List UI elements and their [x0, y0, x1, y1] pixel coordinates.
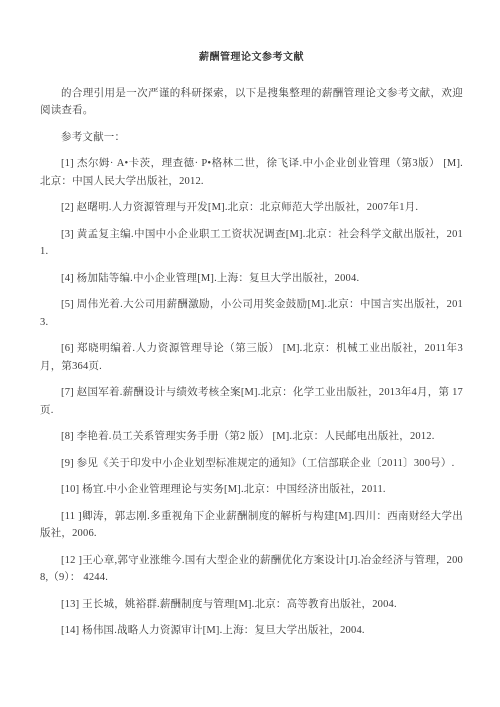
document-page: 薪酬管理论文参考文献 的合理引用是一次严谨的科研探索，以下是搜集整理的薪酬管理论…: [0, 0, 500, 707]
reference-item: [5] 周伟光着.大公司用薪酬激励，小公司用奖金鼓励[M].北京：中国言实出版社…: [40, 296, 463, 331]
reference-item: [9] 参见《关于印发中小企业划型标准规定的通知》（工信部联企业〔2011〕30…: [40, 455, 463, 473]
intro-paragraph: 的合理引用是一次严谨的科研探索，以下是搜集整理的薪酬管理论文参考文献，欢迎阅读查…: [40, 85, 463, 120]
reference-item: [14] 杨伟国.战略人力资源审计[M].上海：复旦大学出版社，2004.: [40, 622, 463, 640]
reference-item: [7] 赵国军着.薪酬设计与绩效考核全案[M].北京：化学工业出版社，2013年…: [40, 384, 463, 419]
reference-item: [13] 王长城，姚裕群.薪酬制度与管理[M].北京：高等教育出版社，2004.: [40, 596, 463, 614]
reference-item: [3] 黄孟复主编.中国中小企业职工工资状况调查[M].北京：社会科学文献出版社…: [40, 226, 463, 261]
reference-item: [6] 郑晓明编着.人力资源管理导论（第三版） [M].北京：机械工业出版社，2…: [40, 340, 463, 375]
reference-item: [11 ]卿涛，郭志刚.多重视角下企业薪酬制度的解析与构建[M].四川：西南财经…: [40, 508, 463, 543]
reference-item: [12 ]王心章,郭守业涨维今.国有大型企业的薪酬优化方案设计[J].冶金经济与…: [40, 552, 463, 587]
reference-list: [1] 杰尔姆· A•卡茨，理查德· P•格林二世，徐飞译.中小企业创业管理（第…: [40, 155, 463, 640]
reference-item: [10] 杨宜.中小企业管理理论与实务[M].北京：中国经济出版社，2011.: [40, 481, 463, 499]
document-content: 薪酬管理论文参考文献 的合理引用是一次严谨的科研探索，以下是搜集整理的薪酬管理论…: [0, 0, 500, 640]
reference-item: [2] 赵曙明.人力资源管理与开发[M].北京：北京师范大学出版社，2007年1…: [40, 199, 463, 217]
reference-item: [4] 杨加陆等编.中小企业管理[M].上海：复旦大学出版社，2004.: [40, 270, 463, 288]
section-label: 参考文献一：: [40, 129, 463, 147]
page-title: 薪酬管理论文参考文献: [40, 49, 463, 67]
reference-item: [8] 李艳着.员工关系管理实务手册（第2 版） [M].北京：人民邮电出版社，…: [40, 428, 463, 446]
reference-item: [1] 杰尔姆· A•卡茨，理查德· P•格林二世，徐飞译.中小企业创业管理（第…: [40, 155, 463, 190]
